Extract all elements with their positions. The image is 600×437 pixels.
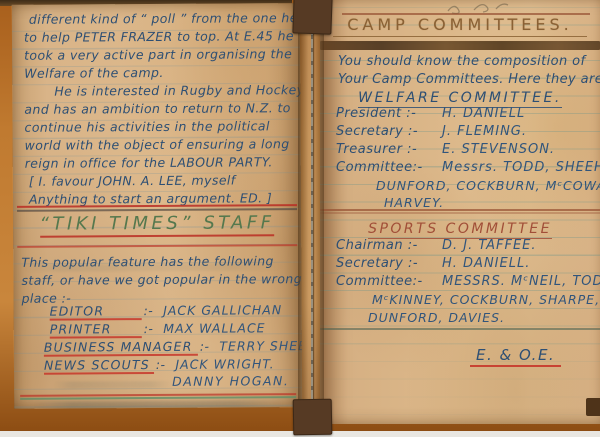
welfare-row-treasurer: Treasurer :- E. STEVENSON. <box>336 142 555 157</box>
welfare-row-secretary: Secretary :- J. FLEMING. <box>336 124 527 139</box>
staff-extra-name: DANNY HOGAN. <box>172 373 289 389</box>
ink-bleed-through <box>54 381 174 389</box>
text-line: took a very active part in organising th… <box>24 45 302 65</box>
tiki-times-staff-heading: “TIKI TIMES” STAFF <box>40 212 275 237</box>
section-divider <box>320 212 600 214</box>
committee-name: E. STEVENSON. <box>428 142 555 157</box>
committee-role: Chairman :- <box>336 238 428 253</box>
rule-green-bottom <box>20 396 296 399</box>
welfare-row-president: President :- H. DANIELL <box>336 106 525 121</box>
committee-role: President :- <box>336 106 428 121</box>
staff-name: TERRY SHEEHAN <box>219 338 302 356</box>
staff-role: NEWS SCOUTS <box>44 357 154 375</box>
cover-edge-fragment <box>586 398 600 416</box>
committee-role: Committee:- <box>336 160 428 175</box>
binding-tape-top <box>292 0 332 35</box>
staff-name: JACK GALLICHAN <box>163 302 282 320</box>
right-page: CAMP COMMITTEES. You should know the com… <box>320 0 600 424</box>
staff-heading-wrap: “TIKI TIMES” STAFF <box>13 212 301 238</box>
text-line: world with the object of ensuring a long <box>25 135 303 155</box>
committee-name: MESSRS. MᶜNEIL, TODD, <box>428 274 600 289</box>
sports-row-chairman: Chairman :- D. J. TAFFEE. <box>336 238 537 253</box>
errors-and-omissions-excepted: E. & O.E. <box>470 346 561 367</box>
rule-red-mid <box>17 244 297 248</box>
text-line: different kind of “ poll ” from the one … <box>24 9 302 29</box>
section-divider <box>320 209 600 211</box>
sports-committee-heading: SPORTS COMMITTEE <box>368 221 552 239</box>
text-line: He is interested in Rugby and Hockey <box>24 81 302 101</box>
camp-header-wrap: CAMP COMMITTEES. <box>320 15 600 37</box>
text-line: You should know the composition of <box>338 53 600 71</box>
staff-name: JACK WRIGHT. <box>175 356 274 374</box>
committee-name: D. J. TAFFEE. <box>428 238 537 253</box>
welfare-heading-wrap: WELFARE COMMITTEE. <box>320 87 600 108</box>
committee-name: H. DANIELL <box>428 106 525 121</box>
committee-members-wrap: HARVEY. <box>384 195 444 210</box>
staff-separator: :- <box>154 357 176 374</box>
staff-role: PRINTER <box>50 321 142 339</box>
sports-row-committee: Committee:- MESSRS. MᶜNEIL, TODD, <box>336 274 600 289</box>
text-line: continue his activities in the political <box>24 117 302 137</box>
welfare-row-committee: Committee:- Messrs. TODD, SHEEHAN, <box>336 160 600 175</box>
committee-members-wrap: MᶜKINNEY, COCKBURN, SHARPE, <box>372 292 600 307</box>
editor-note: [ I. favour JOHN. A. LEE, myselfAnything… <box>29 171 272 208</box>
committee-role: Secretary :- <box>336 256 428 271</box>
sports-heading-wrap: SPORTS COMMITTEE <box>320 218 600 239</box>
committee-name: J. FLEMING. <box>428 124 527 139</box>
staff-separator: :- <box>142 321 164 338</box>
staff-row-editor: EDITOR :- JACK GALLICHAN <box>50 302 283 320</box>
staff-row-printer: PRINTER :- MAX WALLACE <box>50 320 266 338</box>
text-line: reign in office for the LABOUR PARTY. <box>25 153 303 173</box>
intro-text: You should know the composition ofYour C… <box>338 53 600 89</box>
staff-role: EDITOR <box>50 303 142 321</box>
text-line: to help PETER FRAZER to top. At E.45 he <box>24 27 302 47</box>
committee-name: H. DANIELL. <box>428 256 530 271</box>
committee-name: Messrs. TODD, SHEEHAN, <box>428 160 600 175</box>
sports-row-secretary: Secretary :- H. DANIELL. <box>336 256 530 271</box>
camp-committees-header: CAMP COMMITTEES. <box>333 15 586 37</box>
text-line: and has an ambition to return to N.Z. to <box>24 99 302 119</box>
committee-members-wrap: DUNFORD, DAVIES. <box>368 310 505 325</box>
text-line: staff, or have we got popular in the wro… <box>21 270 302 290</box>
staff-row-news-scouts: NEWS SCOUTS :- JACK WRIGHT. <box>44 356 275 374</box>
paragraph-ambitions: He is interested in Rugby and Hockeyand … <box>24 81 302 173</box>
left-page: different kind of “ poll ” from the one … <box>12 3 302 409</box>
staff-name: MAX WALLACE <box>163 320 265 338</box>
staff-intro: This popular feature has the followingst… <box>21 252 302 308</box>
staff-separator: :- <box>142 303 164 320</box>
crossed-out-line <box>320 41 600 50</box>
committee-role: Secretary :- <box>336 124 428 139</box>
staff-role: BUSINESS MANAGER <box>44 339 198 357</box>
text-line: Welfare of the camp. <box>24 63 302 83</box>
staff-row-business-manager: BUSINESS MANAGER :- TERRY SHEEHAN <box>44 338 302 357</box>
committee-role: Committee:- <box>336 274 428 289</box>
staff-separator: :- <box>198 339 220 356</box>
paragraph-profile: different kind of “ poll ” from the one … <box>24 9 302 83</box>
binding-tape-bottom <box>293 399 333 436</box>
text-line: [ I. favour JOHN. A. LEE, myself <box>29 171 272 190</box>
committee-role: Treasurer :- <box>336 142 428 157</box>
committee-members-wrap: DUNFORD, COCKBURN, MᶜCOWAN, <box>376 178 600 193</box>
binding-thread <box>311 0 313 430</box>
rule-dark-top <box>17 208 297 211</box>
bottom-divider <box>320 328 600 330</box>
